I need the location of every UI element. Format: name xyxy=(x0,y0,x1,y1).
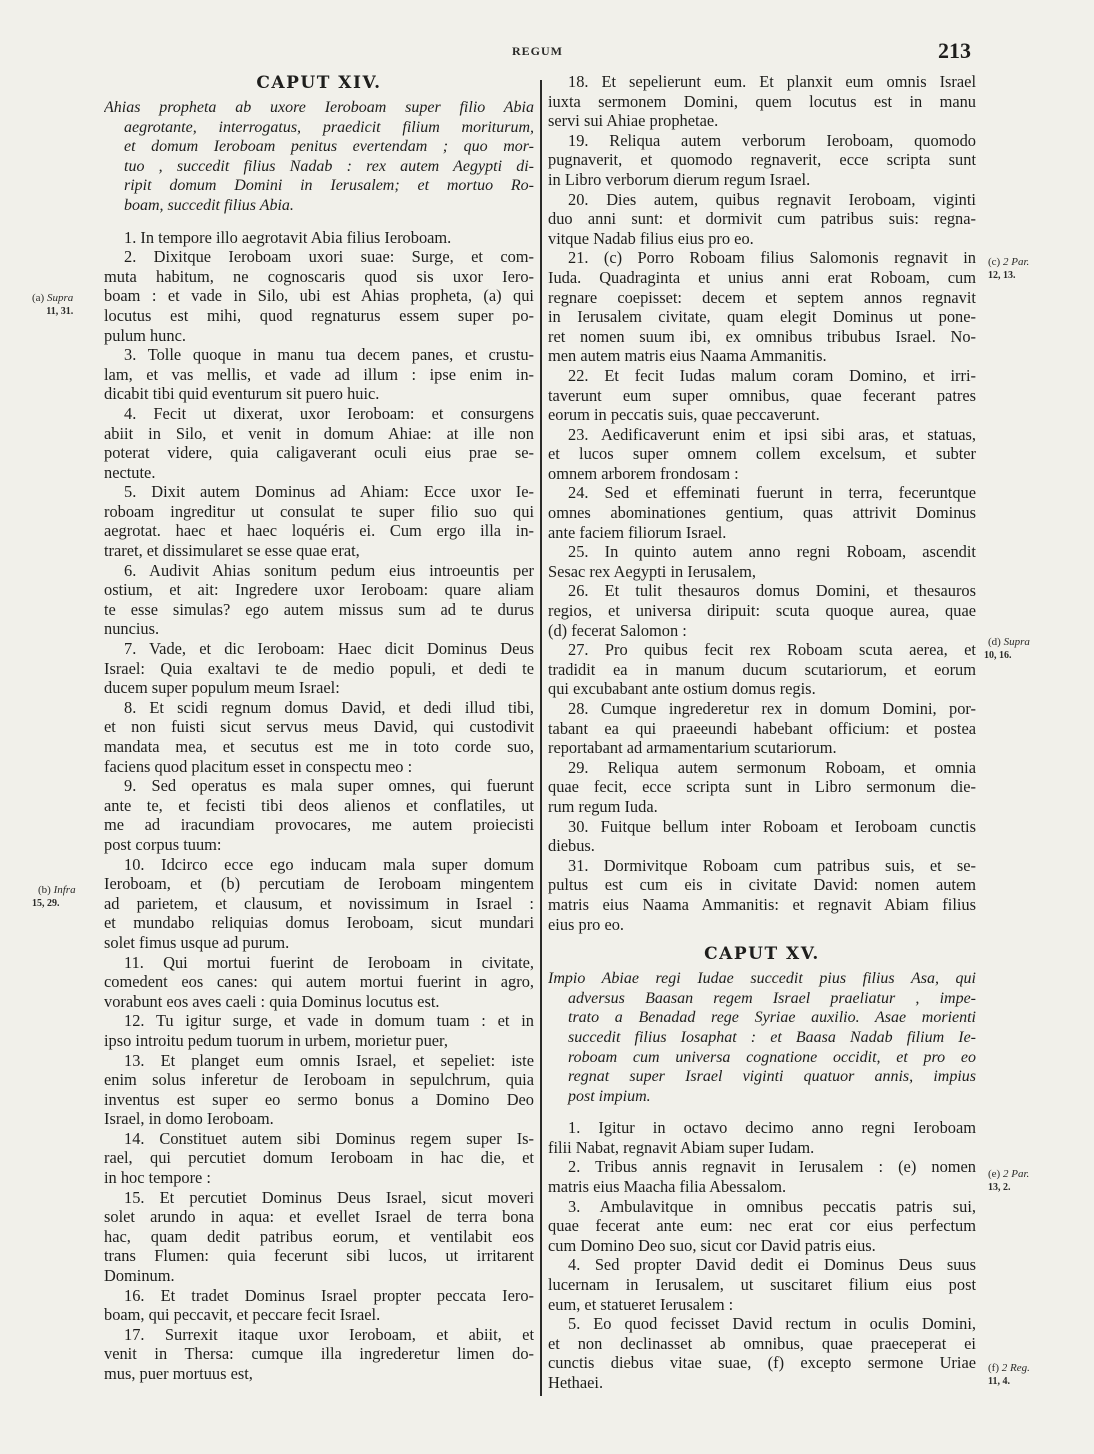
verse-line: ducem super populum meum Israel: xyxy=(104,678,534,698)
note-num: 15, 29. xyxy=(32,897,76,910)
summary-line: trato a Benadad rege Syriae auxilio. Asa… xyxy=(548,1008,976,1028)
verse-line: cunctis diebus vitae suae, (f) excepto s… xyxy=(548,1353,976,1373)
verse-line: 31. Dormivitque Roboam cum patribus suis… xyxy=(548,856,976,876)
right-column: 18. Et sepelierunt eum. Et planxit eum o… xyxy=(548,72,976,1393)
verse-line: roboam ingreditur ut consulat te super f… xyxy=(104,502,534,522)
verse-5: 5. Dixit autem Dominus ad Ahiam: Ecce ux… xyxy=(104,482,534,560)
verse-15: 15. Et percutiet Dominus Deus Israel, si… xyxy=(104,1188,534,1286)
verse-8: 8. Et scidi regnum domus David, et dedi … xyxy=(104,698,534,776)
verse-2: 2. Dixitque Ieroboam uxori suae: Surge, … xyxy=(104,247,534,345)
verse-line: omnem arborem frondosam : xyxy=(548,464,976,484)
verse-line: 23. Aedificaverunt enim et ipsi sibi ara… xyxy=(548,425,976,445)
verse-29: 29. Reliqua autem sermonum Roboam, et om… xyxy=(548,758,976,817)
book-page: REGUM 213 CAPUT XIV. Ahias propheta ab u… xyxy=(0,0,1094,1454)
verse-22: 22. Et fecit Iudas malum coram Domino, e… xyxy=(548,366,976,425)
summary-line: post impium. xyxy=(548,1087,976,1107)
column-divider xyxy=(540,80,542,1396)
verse-line: traret, et dissimularet se esse quae era… xyxy=(104,541,534,561)
verse-line: Iuda. Quadraginta et unius anni erat Rob… xyxy=(548,268,976,288)
summary-line: Ahias propheta ab uxore Ieroboam super f… xyxy=(104,98,534,118)
verse-line: muta habitum, ne cognoscaris quod sis ux… xyxy=(104,267,534,287)
margin-note: (f) 2 Reg. 11, 4. xyxy=(988,1362,1030,1388)
margin-note: (a) Supra 11, 31. xyxy=(32,292,73,318)
summary-line: et domum Ieroboam penitus evertendam ; q… xyxy=(104,137,534,157)
verse-9: 9. Sed operatus es mala super omnes, qui… xyxy=(104,776,534,854)
verse-line: vitque Nadab filius eius pro eo. xyxy=(548,229,976,249)
verse-line: 28. Cumque ingrederetur rex in domum Dom… xyxy=(548,699,976,719)
note-num: 12, 13. xyxy=(988,269,1029,282)
verse-line: solet fimus usque ad purum. xyxy=(104,933,534,953)
verses-list: 1. Igitur in octavo decimo anno regni Ie… xyxy=(548,1118,976,1392)
verse-line: eum, et statueret Ierusalem : xyxy=(548,1295,976,1315)
verse-line: 1. In tempore illo aegrotavit Abia filiu… xyxy=(104,228,534,248)
verse-line: me ad iracundiam provocares, me autem pr… xyxy=(104,815,534,835)
spacer xyxy=(104,216,534,228)
verse-line: 3. Tolle quoque in manu tua decem panes,… xyxy=(104,345,534,365)
note-num: 11, 31. xyxy=(20,305,73,318)
verse-line: enim solus inferetur de Ieroboam in sepu… xyxy=(104,1070,534,1090)
verse-line: filii Nabat, regnavit Abiam super Iudam. xyxy=(548,1138,976,1158)
verse-line: 27. Pro quibus fecit rex Roboam scuta ae… xyxy=(548,640,976,660)
verse-1: 1. Igitur in octavo decimo anno regni Ie… xyxy=(548,1118,976,1157)
verse-line: in hoc tempore : xyxy=(104,1168,534,1188)
verse-line: 30. Fuitque bellum inter Roboam et Ierob… xyxy=(548,817,976,837)
verse-26: 26. Et tulit thesauros domus Domini, et … xyxy=(548,581,976,640)
verse-line: et mundabo reliquias domus Ieroboam, sic… xyxy=(104,913,534,933)
margin-note: (e) 2 Par. 13, 2. xyxy=(988,1168,1029,1194)
verse-line: 5. Eo quod fecisset David rectum in ocul… xyxy=(548,1314,976,1334)
verse-line: servi sui Ahiae prophetae. xyxy=(548,111,976,131)
note-label: (c) xyxy=(988,256,1000,268)
verse-line: 21. (c) Porro Roboam filius Salomonis re… xyxy=(548,248,976,268)
verse-line: rum regum Iuda. xyxy=(548,797,976,817)
verse-line: 24. Sed et effeminati fuerunt in terra, … xyxy=(548,483,976,503)
verse-4: 4. Fecit ut dixerat, uxor Ieroboam: et c… xyxy=(104,404,534,482)
verse-line: mus, puer mortuus est, xyxy=(104,1364,534,1384)
summary-line: roboam cum universa cognatione occidit, … xyxy=(548,1048,976,1068)
verse-24: 24. Sed et effeminati fuerunt in terra, … xyxy=(548,483,976,542)
margin-note: (d) Supra 10, 16. xyxy=(988,636,1030,662)
verse-line: 5. Dixit autem Dominus ad Ahiam: Ecce ux… xyxy=(104,482,534,502)
verse-line: 10. Idcirco ecce ego inducam mala super … xyxy=(104,855,534,875)
summary-line: ripit domum Domini in Ierusalem; et mort… xyxy=(104,176,534,196)
verse-31: 31. Dormivitque Roboam cum patribus suis… xyxy=(548,856,976,934)
verse-line: Israel, in domo Ieroboam. xyxy=(104,1109,534,1129)
note-ref: 2 Par. xyxy=(1003,256,1029,268)
summary-line: regnat super Israel viginti quatuor anni… xyxy=(548,1067,976,1087)
verse-line: 9. Sed operatus es mala super omnes, qui… xyxy=(104,776,534,796)
verse-line: eorum in peccatis suis, quae peccaverunt… xyxy=(548,405,976,425)
verse-line: 11. Qui mortui fuerint de Ieroboam in ci… xyxy=(104,953,534,973)
verse-line: 7. Vade, et dic Ieroboam: Haec dicit Dom… xyxy=(104,639,534,659)
summary-line: tuo , succedit filius Nadab : rex autem … xyxy=(104,157,534,177)
verse-11: 11. Qui mortui fuerint de Ieroboam in ci… xyxy=(104,953,534,1012)
note-ref: 2 Reg. xyxy=(1002,1362,1030,1374)
verse-17: 17. Surrexit itaque uxor Ieroboam, et ab… xyxy=(104,1325,534,1384)
verse-28: 28. Cumque ingrederetur rex in domum Dom… xyxy=(548,699,976,758)
verse-line: 2. Dixitque Ieroboam uxori suae: Surge, … xyxy=(104,247,534,267)
left-column: CAPUT XIV. Ahias propheta ab uxore Ierob… xyxy=(104,72,534,1384)
verses-list: 1. In tempore illo aegrotavit Abia filiu… xyxy=(104,228,534,1384)
summary-line: Impio Abiae regi Iudae succedit pius fil… xyxy=(548,969,976,989)
verse-line: venit in Thersa: cumque illa ingrederetu… xyxy=(104,1344,534,1364)
verse-line: inventus est super eo sermo bonus a Domi… xyxy=(104,1090,534,1110)
verse-line: 1. Igitur in octavo decimo anno regni Ie… xyxy=(548,1118,976,1138)
verse-line: matris eius Maacha filia Abessalom. xyxy=(548,1177,976,1197)
verse-line: 8. Et scidi regnum domus David, et dedi … xyxy=(104,698,534,718)
running-title: REGUM xyxy=(512,44,563,59)
verse-line: taverunt eum super omnibus, quae feceran… xyxy=(548,386,976,406)
verse-line: Israel: Quia exaltavi te de medio populi… xyxy=(104,659,534,679)
verse-14: 14. Constituet autem sibi Dominus regem … xyxy=(104,1129,534,1188)
verse-line: iuxta sermonem Domini, quem locutus est … xyxy=(548,92,976,112)
verse-line: 18. Et sepelierunt eum. Et planxit eum o… xyxy=(548,72,976,92)
verse-line: 22. Et fecit Iudas malum coram Domino, e… xyxy=(548,366,976,386)
verse-line: dicabit tibi quid eventurum sit puero hu… xyxy=(104,384,534,404)
verse-line: 29. Reliqua autem sermonum Roboam, et om… xyxy=(548,758,976,778)
verse-4: 4. Sed propter David dedit ei Dominus De… xyxy=(548,1255,976,1314)
verse-line: men autem matris eius Naama Ammanitis. xyxy=(548,346,976,366)
note-ref: Supra xyxy=(1004,636,1030,648)
verse-line: Dominum. xyxy=(104,1266,534,1286)
verse-line: post corpus tuum: xyxy=(104,835,534,855)
verse-line: et non fuisti sicut servus meus David, q… xyxy=(104,717,534,737)
chapter-summary-xiv: Ahias propheta ab uxore Ieroboam super f… xyxy=(104,98,534,216)
verse-line: eius pro eo. xyxy=(548,915,976,935)
verse-line: et non declinasset ab omnibus, quae prae… xyxy=(548,1334,976,1354)
verse-line: aegrotat. haec et haec loquéris ei. Cum … xyxy=(104,521,534,541)
verse-line: 14. Constituet autem sibi Dominus regem … xyxy=(104,1129,534,1149)
verse-line: trans Flumen: quia fecerunt sibi lucos, … xyxy=(104,1246,534,1266)
verse-13: 13. Et planget eum omnis Israel, et sepe… xyxy=(104,1051,534,1129)
spacer xyxy=(548,1106,976,1118)
verse-line: tabant ea qui praeeundi habebant officiu… xyxy=(548,719,976,739)
verse-line: matris eius Naama Ammanitis: et regnavit… xyxy=(548,895,976,915)
verse-30: 30. Fuitque bellum inter Roboam et Ierob… xyxy=(548,817,976,856)
verse-18: 18. Et sepelierunt eum. Et planxit eum o… xyxy=(548,72,976,131)
verse-line: vorabunt eos aves caeli : quia Dominus l… xyxy=(104,992,534,1012)
verse-line: abiit in Silo, et venit in domum Ahiae: … xyxy=(104,424,534,444)
verse-line: 26. Et tulit thesauros domus Domini, et … xyxy=(548,581,976,601)
verse-line: mandata mea, et secutus est me in toto c… xyxy=(104,737,534,757)
verse-line: locutus est mihi, quod regnaturus essem … xyxy=(104,306,534,326)
spacer xyxy=(548,934,976,943)
verse-6: 6. Audivit Ahias sonitum pedum eius intr… xyxy=(104,561,534,639)
note-label: (d) xyxy=(988,636,1001,648)
verse-21: 21. (c) Porro Roboam filius Salomonis re… xyxy=(548,248,976,366)
verse-line: quae fecit, ecce scripta sunt in Libro s… xyxy=(548,777,976,797)
verse-line: 2. Tribus annis regnavit in Ierusalem : … xyxy=(548,1157,976,1177)
verse-line: 19. Reliqua autem verborum Ieroboam, quo… xyxy=(548,131,976,151)
verse-line: in Libro verborum dierum regum Israel. xyxy=(548,170,976,190)
verse-line: 25. In quinto autem anno regni Roboam, a… xyxy=(548,542,976,562)
verse-line: duo anni sunt: et dormivit cum patribus … xyxy=(548,209,976,229)
verse-line: regios, et universa diripuit: scuta quoq… xyxy=(548,601,976,621)
verse-line: omnes abominationes gentium, quas attriv… xyxy=(548,503,976,523)
verse-line: reportabant ad armamentarium scutariorum… xyxy=(548,738,976,758)
verses-list: 18. Et sepelierunt eum. Et planxit eum o… xyxy=(548,72,976,934)
verse-line: Hethaei. xyxy=(548,1373,976,1393)
margin-note: (b) Infra 15, 29. xyxy=(38,884,76,910)
verse-line: 4. Sed propter David dedit ei Dominus De… xyxy=(548,1255,976,1275)
verse-line: 15. Et percutiet Dominus Deus Israel, si… xyxy=(104,1188,534,1208)
verse-line: 13. Et planget eum omnis Israel, et sepe… xyxy=(104,1051,534,1071)
verse-line: ret nomen suum ibi, ex omnibus tribubus … xyxy=(548,327,976,347)
verse-line: ante faciem filiorum Israel. xyxy=(548,523,976,543)
chapter-summary-xv: Impio Abiae regi Iudae succedit pius fil… xyxy=(548,969,976,1106)
note-label: (f) xyxy=(988,1362,999,1374)
verse-line: et lucos super omnem collem excelsum, et… xyxy=(548,444,976,464)
verse-line: ad parietem, et clausum, et novissimum i… xyxy=(104,894,534,914)
verse-7: 7. Vade, et dic Ieroboam: Haec dicit Dom… xyxy=(104,639,534,698)
verse-line: comedent eos canes: qui autem mortui fue… xyxy=(104,972,534,992)
verse-line: 16. Et tradet Dominus Israel propter pec… xyxy=(104,1286,534,1306)
verse-line: 3. Ambulavitque in omnibus peccatis patr… xyxy=(548,1197,976,1217)
verse-3: 3. Tolle quoque in manu tua decem panes,… xyxy=(104,345,534,404)
verse-line: quae fecerat ante eum: nec erat cor eius… xyxy=(548,1216,976,1236)
verse-line: boam : et vade in Silo, ubi est Ahias pr… xyxy=(104,286,534,306)
verse-line: (d) fecerat Salomon : xyxy=(548,621,976,641)
note-ref: Supra xyxy=(47,292,73,304)
verse-3: 3. Ambulavitque in omnibus peccatis patr… xyxy=(548,1197,976,1256)
verse-line: 20. Dies autem, quibus regnavit Ieroboam… xyxy=(548,190,976,210)
note-label: (a) xyxy=(32,292,44,304)
verse-line: boam, qui peccavit, et peccare fecit Isr… xyxy=(104,1305,534,1325)
note-label: (b) xyxy=(38,884,51,896)
verse-line: poterat videre, quia caligaverant oculi … xyxy=(104,443,534,463)
summary-line: aegrotante, interrogatus, praedicit fili… xyxy=(104,118,534,138)
verse-line: nectute. xyxy=(104,463,534,483)
summary-line: boam, succedit filius Abia. xyxy=(104,196,534,216)
verse-line: diebus. xyxy=(548,836,976,856)
verse-line: qui excubabant ante ostium domus regis. xyxy=(548,679,976,699)
verse-line: ipso introitu pedum tuorum in urbem, mor… xyxy=(104,1031,534,1051)
verse-line: faciens quod placitum esset in conspectu… xyxy=(104,757,534,777)
chapter-title-xiv: CAPUT XIV. xyxy=(104,72,534,94)
verse-line: tradidit ea in manum ducum scutariorum, … xyxy=(548,660,976,680)
page-number: 213 xyxy=(938,38,971,64)
summary-line: adversus Baasan regem Israel praeliatur … xyxy=(548,989,976,1009)
verse-27: 27. Pro quibus fecit rex Roboam scuta ae… xyxy=(548,640,976,699)
verse-line: 12. Tu igitur surge, et vade in domum tu… xyxy=(104,1011,534,1031)
verse-line: pultus est cum eis in civitate David: no… xyxy=(548,875,976,895)
verse-line: ante te, et fecisti tibi deos alienos et… xyxy=(104,796,534,816)
note-label: (e) xyxy=(988,1168,1000,1180)
verse-line: 4. Fecit ut dixerat, uxor Ieroboam: et c… xyxy=(104,404,534,424)
verse-line: 6. Audivit Ahias sonitum pedum eius intr… xyxy=(104,561,534,581)
note-num: 13, 2. xyxy=(988,1181,1029,1194)
note-num: 10, 16. xyxy=(984,649,1030,662)
verse-line: lucernam in Ierusalem, ut suscitaret fil… xyxy=(548,1275,976,1295)
verse-line: te esse simulas? ego autem missus sum ad… xyxy=(104,600,534,620)
verse-line: in Ierusalem civitate, quam elegit Domin… xyxy=(548,307,976,327)
verse-19: 19. Reliqua autem verborum Ieroboam, quo… xyxy=(548,131,976,190)
summary-line: succedit filius Iosaphat : et Baasa Nada… xyxy=(548,1028,976,1048)
verse-line: solet arundo in aqua: et evellet Israel … xyxy=(104,1207,534,1227)
chapter-title-xv: CAPUT XV. xyxy=(548,943,976,965)
verse-25: 25. In quinto autem anno regni Roboam, a… xyxy=(548,542,976,581)
verse-line: regnare coepisset: decem et septem annos… xyxy=(548,288,976,308)
verse-23: 23. Aedificaverunt enim et ipsi sibi ara… xyxy=(548,425,976,484)
verse-5: 5. Eo quod fecisset David rectum in ocul… xyxy=(548,1314,976,1392)
verse-line: 17. Surrexit itaque uxor Ieroboam, et ab… xyxy=(104,1325,534,1345)
verse-20: 20. Dies autem, quibus regnavit Ieroboam… xyxy=(548,190,976,249)
note-ref: Infra xyxy=(54,884,76,896)
verse-line: pulum hunc. xyxy=(104,326,534,346)
verse-line: cum Domino Deo suo, sicut cor David patr… xyxy=(548,1236,976,1256)
verse-12: 12. Tu igitur surge, et vade in domum tu… xyxy=(104,1011,534,1050)
verse-line: rael, qui percutiet domum Ieroboam in ha… xyxy=(104,1148,534,1168)
verse-1: 1. In tempore illo aegrotavit Abia filiu… xyxy=(104,228,534,248)
note-num: 11, 4. xyxy=(988,1375,1030,1388)
verse-line: lam, et vas mellis, et vade ad illum : i… xyxy=(104,365,534,385)
verse-line: nuncius. xyxy=(104,619,534,639)
verse-line: hac, quam dedit patribus eorum, et venti… xyxy=(104,1227,534,1247)
verse-line: Sesac rex Aegypti in Ierusalem, xyxy=(548,562,976,582)
verse-line: pugnaverit, et quomodo regnaverit, ecce … xyxy=(548,150,976,170)
verse-line: ostium, et ait: Ingredere uxor Ieroboam:… xyxy=(104,580,534,600)
verse-10: 10. Idcirco ecce ego inducam mala super … xyxy=(104,855,534,953)
margin-note: (c) 2 Par. 12, 13. xyxy=(988,256,1029,282)
note-ref: 2 Par. xyxy=(1003,1168,1029,1180)
verse-2: 2. Tribus annis regnavit in Ierusalem : … xyxy=(548,1157,976,1196)
verse-16: 16. Et tradet Dominus Israel propter pec… xyxy=(104,1286,534,1325)
verse-line: Ieroboam, et (b) percutiam de Ieroboam m… xyxy=(104,874,534,894)
